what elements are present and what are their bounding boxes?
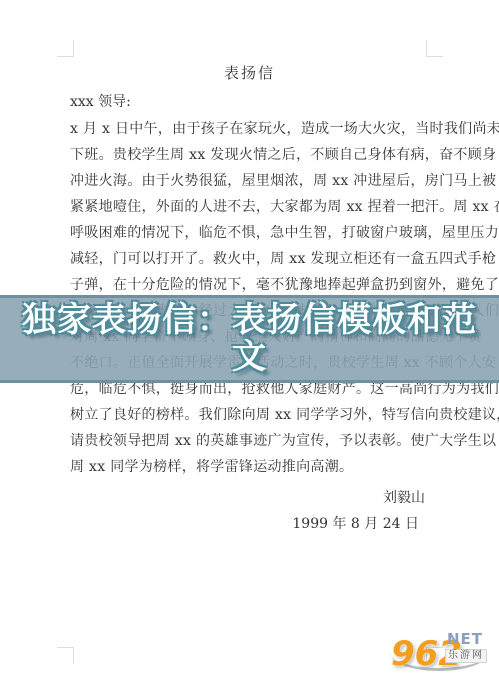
logo-site-name: 乐游网 [445,649,487,663]
letter-body-line: x 月 x 日中午，由于孩子在家玩火，造成一场大火灾，当时我们尚未 [70,116,444,142]
document-page: 表扬信 xxx 领导: x 月 x 日中午，由于孩子在家玩火，造成一场大火灾，当… [0,0,499,680]
letter-body-line: 周 xx 同学为榜样，将学雷锋运动推向高潮。 [70,454,444,480]
letter-title: 表扬信 [0,62,499,83]
crop-mark-top-left-icon [57,40,74,57]
watermark-logo: 962 NET 乐游网 [391,628,493,672]
headline-banner: 独家表扬信：表扬信模板和范文 [0,295,499,383]
letter-body-line: 树立了良好的榜样。我们除向周 xx 同学学习外，特写信向贵校建议， [70,402,444,428]
letter-body-line: 紧紧地噎住，外面的人进不去，大家都为周 xx 捏着一把汗。周 xx 在 [70,194,444,220]
headline-banner-title: 独家表扬信：表扬信模板和范文 [0,302,499,376]
letter-body-line: 请贵校领导把周 xx 的英雄事迹广为宣传，予以表彰。使广大学生以 [70,428,444,454]
logo-net-label: NET [447,632,483,647]
letter-body-line: 冲进火海。由于火势很猛，屋里烟浓，周 xx 冲进屋后，房门马上被 [70,168,444,194]
letter-body-line: 下班。贵校学生周 xx 发现火情之后，不顾自己身体有病，奋不顾身 [70,142,444,168]
letter-salutation: xxx 领导: [70,91,131,111]
letter-date: 1999 年 8 月 24 日 [292,513,419,533]
letter-body-line: 呼吸困难的情况下，临危不惧，急中生智，打破窗户玻璃，屋里压力 [70,220,444,246]
letter-body-line: 减轻，门可以打开了。救火中，周 xx 发现立柜还有一盒五四式手枪 [70,246,444,272]
letter-signature: 刘毅山 [383,487,425,507]
crop-mark-bottom-left-icon [57,647,74,664]
crop-mark-top-right-icon [426,40,443,57]
